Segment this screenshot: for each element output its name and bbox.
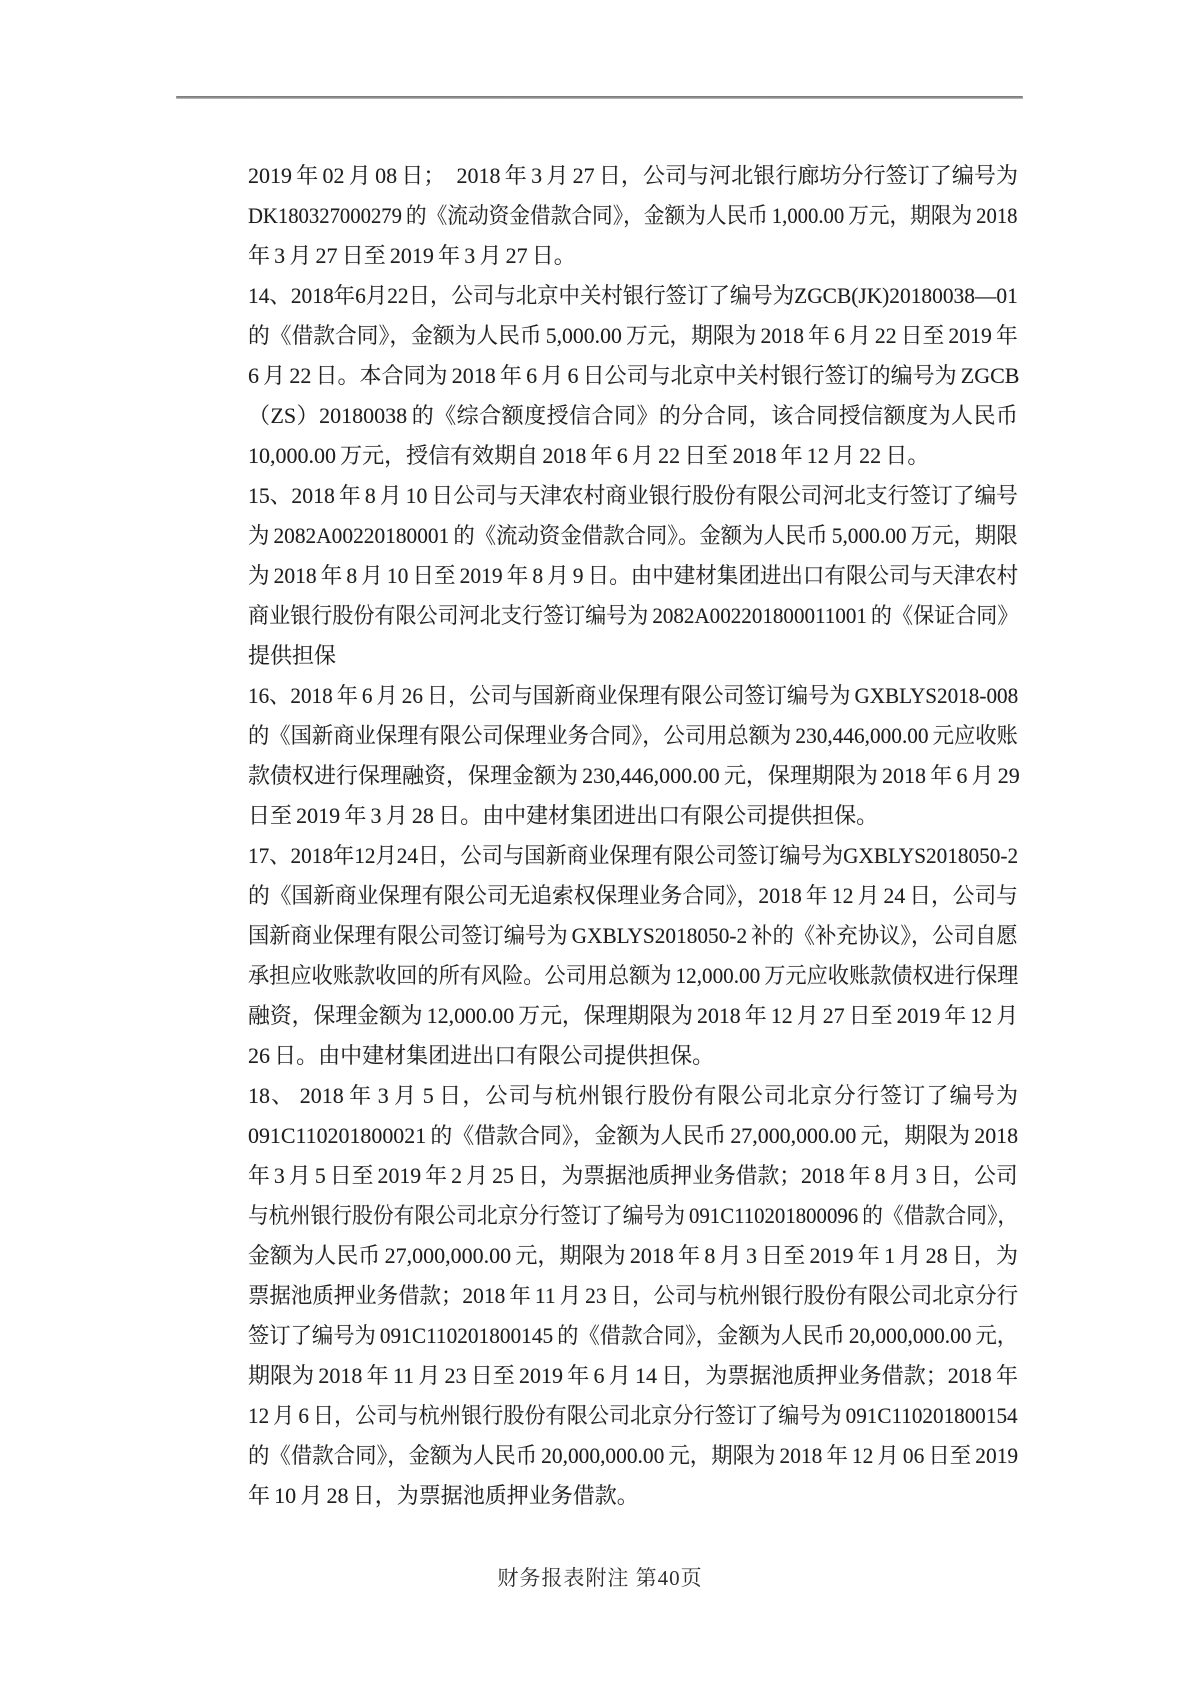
text-line: 15、2018 年 8 月 10 日公司与天津农村商业银行股份有限公司河北支行签… — [248, 476, 1008, 516]
paragraph-4: 16、2018 年 6 月 26 日，公司与国新商业保理有限公司签订编号为 GX… — [248, 676, 1018, 836]
text-line: 期限为 2018 年 11 月 23 日至 2019 年 6 月 14 日，为票… — [248, 1356, 1018, 1396]
text-line: 6 月 22 日。本合同为 2018 年 6 月 6 日公司与北京中关村银行签订… — [248, 356, 1018, 396]
text-line: 的《借款合同》，金额为人民币 20,000,000.00 元，期限为 2018 … — [248, 1436, 998, 1476]
text-line: 与杭州银行股份有限公司北京分行签订了编号为 091C110201800096 的… — [248, 1196, 976, 1236]
text-line: 17、2018年12月24日，公司与国新商业保理有限公司签订编号为GXBLYS2… — [248, 836, 992, 876]
text-line: DK180327000279 的《流动资金借款合同》，金额为人民币 1,000.… — [248, 196, 972, 236]
scanned-document-page: 2019 年 02 月 08 日； 2018 年 3 月 27 日，公司与河北银… — [0, 0, 1200, 1697]
text-line: 票据池质押业务借款；2018 年 11 月 23 日，公司与杭州银行股份有限公司… — [248, 1276, 999, 1316]
text-line: 26 日。由中建材集团进出口有限公司提供担保。 — [248, 1036, 1018, 1076]
text-line: 融资，保理金额为 12,000.00 万元，保理期限为 2018 年 12 月 … — [248, 996, 1012, 1036]
paragraph-5: 17、2018年12月24日，公司与国新商业保理有限公司签订编号为GXBLYS2… — [248, 836, 1018, 1076]
document-body: 2019 年 02 月 08 日； 2018 年 3 月 27 日，公司与河北银… — [248, 156, 1018, 1516]
text-line: 的《国新商业保理有限公司无追索权保理业务合同》，2018 年 12 月 24 日… — [248, 876, 1008, 916]
text-line: 的《国新商业保理有限公司保理业务合同》，公司用总额为 230,446,000.0… — [248, 716, 994, 756]
text-line: 年 10 月 28 日，为票据池质押业务借款。 — [248, 1476, 1018, 1516]
paragraph-6: 18、 2018 年 3 月 5 日，公司与杭州银行股份有限公司北京分行签订了编… — [248, 1076, 1018, 1516]
text-line: 提供担保 — [248, 636, 1018, 676]
text-line: 091C110201800021 的《借款合同》，金额为人民币 27,000,0… — [248, 1116, 1015, 1156]
text-line: 日至 2019 年 3 月 28 日。由中建材集团进出口有限公司提供担保。 — [248, 796, 1018, 836]
page-footer: 财务报表附注 第40页 — [0, 1562, 1200, 1592]
text-line: 款债权进行保理融资，保理金额为 230,446,000.00 元，保理期限为 2… — [248, 756, 1018, 796]
text-line: 12 月 6 日，公司与杭州银行股份有限公司北京分行签订了编号为 091C110… — [248, 1396, 988, 1436]
text-line: 2019 年 02 月 08 日； 2018 年 3 月 27 日，公司与河北银… — [248, 156, 1018, 196]
text-line: 的《借款合同》，金额为人民币 5,000.00 万元，期限为 2018 年 6 … — [248, 316, 1009, 356]
text-line: 18、 2018 年 3 月 5 日，公司与杭州银行股份有限公司北京分行签订了编… — [248, 1076, 1018, 1116]
text-line: 16、2018 年 6 月 26 日，公司与国新商业保理有限公司签订编号为 GX… — [248, 676, 989, 716]
text-line: 承担应收账款收回的所有风险。公司用总额为 12,000.00 万元应收账款债权进… — [248, 956, 989, 996]
text-line: 年 3 月 27 日至 2019 年 3 月 27 日。 — [248, 236, 1018, 276]
footer-text: 财务报表附注 第40页 — [497, 1566, 702, 1590]
text-line: 10,000.00 万元，授信有效期自 2018 年 6 月 22 日至 201… — [248, 436, 1018, 476]
text-line: 商业银行股份有限公司河北支行签订编号为 2082A002201800011001… — [248, 596, 985, 636]
text-line: 金额为人民币 27,000,000.00 元，期限为 2018 年 8 月 3 … — [248, 1236, 1018, 1276]
text-line: 签订了编号为 091C110201800145 的《借款合同》，金额为人民币 2… — [248, 1316, 994, 1356]
paragraph-3: 15、2018 年 8 月 10 日公司与天津农村商业银行股份有限公司河北支行签… — [248, 476, 1018, 676]
text-line: 年 3 月 5 日至 2019 年 2 月 25 日，为票据池质押业务借款；20… — [248, 1156, 1010, 1196]
text-line: （ZS）20180038 的《综合额度授信合同》的分合同，该合同授信额度为人民币 — [248, 396, 1018, 436]
text-line: 为 2018 年 8 月 10 日至 2019 年 8 月 9 日。由中建材集团… — [248, 556, 1001, 596]
paragraph-2: 14、2018年6月22日，公司与北京中关村银行签订了编号为ZGCB(JK)20… — [248, 276, 1018, 476]
paragraph-1: 2019 年 02 月 08 日； 2018 年 3 月 27 日，公司与河北银… — [248, 156, 1018, 276]
text-line: 14、2018年6月22日，公司与北京中关村银行签订了编号为ZGCB(JK)20… — [248, 276, 998, 316]
header-rule — [176, 96, 1023, 99]
text-line: 为 2082A00220180001 的《流动资金借款合同》。金额为人民币 5,… — [248, 516, 997, 556]
text-line: 国新商业保理有限公司签订编号为 GXBLYS2018050-2 补的《补充协议》… — [248, 916, 994, 956]
